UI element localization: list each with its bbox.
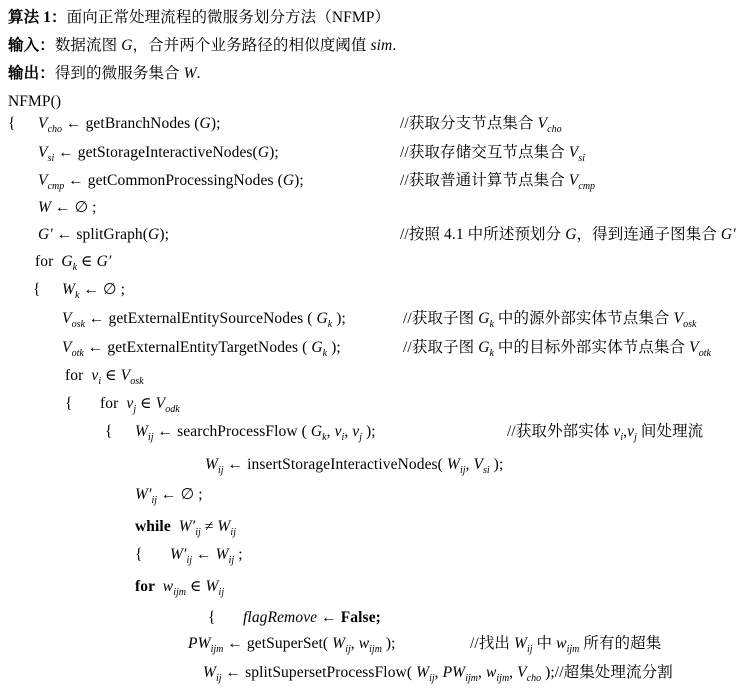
- code-text: {: [33, 280, 41, 300]
- code-comment: //获取子图 Gk 中的目标外部实体节点集合 Votk: [403, 338, 711, 358]
- code-text: Wij ← insertStorageInteractiveNodes( Wij…: [205, 455, 503, 475]
- code-text: flagRemove ← False;: [243, 608, 381, 628]
- code-text: for wijm ∈ Wij: [135, 577, 224, 597]
- code-text: Wij ← splitSupersetProcessFlow( Wij, PWi…: [203, 663, 673, 683]
- code-text: Vcho ← getBranchNodes (G);: [38, 114, 221, 134]
- code-text: {: [65, 394, 73, 414]
- algorithm-pseudocode-listing: 算法 1：面向正常处理流程的微服务划分方法（NFMP）输入：数据流图 G，合并两…: [0, 0, 736, 691]
- code-text: {: [135, 545, 143, 565]
- code-comment: //获取外部实体 vi,vj 间处理流: [507, 422, 703, 442]
- code-comment: //按照 4.1 中所述预划分 G，得到连通子图集合 G′: [400, 225, 736, 245]
- code-text: Wij ← searchProcessFlow ( Gk, vi, vj );: [135, 422, 376, 442]
- code-text: 算法 1：面向正常处理流程的微服务划分方法（NFMP）: [8, 8, 390, 28]
- code-text: G′ ← splitGraph(G);: [38, 225, 169, 245]
- code-text: 输出：得到的微服务集合 W.: [8, 64, 201, 84]
- code-text: W′ij ← Wij ;: [170, 545, 243, 565]
- code-comment: //找出 Wij 中 wijm 所有的超集: [470, 634, 661, 654]
- code-text: while W′ij ≠ Wij: [135, 517, 236, 537]
- code-text: W ← ∅ ;: [38, 198, 97, 218]
- code-text: {: [208, 608, 216, 628]
- code-text: Vosk ← getExternalEntitySourceNodes ( Gk…: [62, 309, 346, 329]
- code-text: W′ij ← ∅ ;: [135, 485, 203, 505]
- code-comment: //获取存储交互节点集合 Vsi: [400, 143, 585, 163]
- code-text: for Gk ∈ G′: [35, 252, 111, 272]
- code-text: {: [8, 114, 16, 134]
- code-text: 输入：数据流图 G，合并两个业务路径的相似度阈值 sim.: [8, 36, 396, 56]
- code-text: for vi ∈ Vosk: [65, 366, 144, 386]
- code-text: Wk ← ∅ ;: [62, 280, 125, 300]
- code-text: {: [105, 422, 113, 442]
- code-text: Votk ← getExternalEntityTargetNodes ( Gk…: [62, 338, 341, 358]
- code-comment: //获取普通计算节点集合 Vcmp: [400, 171, 595, 191]
- code-text: NFMP(): [8, 92, 61, 112]
- code-text: for vj ∈ Vodk: [100, 394, 180, 414]
- code-comment: //获取分支节点集合 Vcho: [400, 114, 562, 134]
- code-text: Vsi ← getStorageInteractiveNodes(G);: [38, 143, 279, 163]
- code-text: Vcmp ← getCommonProcessingNodes (G);: [38, 171, 304, 191]
- code-text: PWijm ← getSuperSet( Wij, wijm );: [188, 634, 396, 654]
- code-comment: //获取子图 Gk 中的源外部实体节点集合 Vosk: [403, 309, 696, 329]
